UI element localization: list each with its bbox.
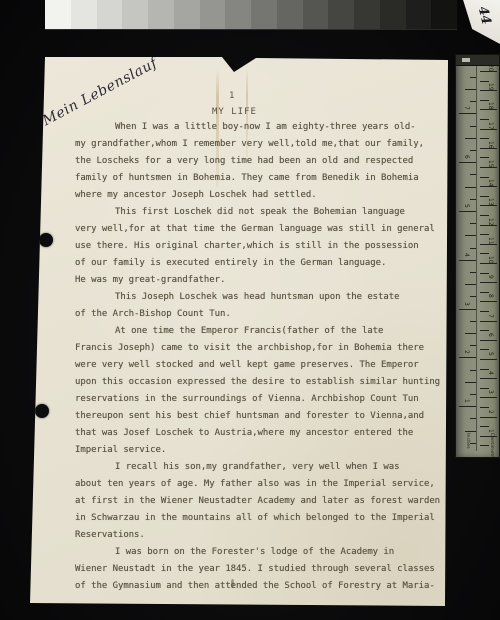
text-line: were very well stocked and well kept gam…: [75, 357, 453, 374]
ruler-tick-half-cm: [480, 157, 489, 158]
paper: Mein Lebenslauf 1 MY LIFE When I was a l…: [30, 57, 448, 606]
text-line: I recall his son,my grandfather, very we…: [75, 459, 453, 476]
calibration-step: [97, 0, 123, 29]
corner-tag-number: 44: [475, 5, 494, 26]
calibration-step: [148, 0, 174, 29]
ruler-number-cm: 14: [487, 179, 493, 187]
ruler-tick-fraction: [470, 77, 476, 78]
ruler-tick-half-cm: [480, 330, 489, 331]
text-line: use there. His original charter,which is…: [75, 238, 453, 255]
text-line: where my ancestor Joseph Loschek had set…: [75, 187, 453, 204]
ruler-tick-half-cm: [480, 234, 489, 235]
text-line: of our family is executed entirely in th…: [75, 255, 453, 272]
ruler-tick-fraction: [465, 333, 476, 334]
scanned-page-background: 44 2019181716151413121110987654321765432…: [0, 0, 500, 620]
ruler-tick-half-cm: [480, 445, 489, 446]
calibration-step: [328, 0, 354, 29]
text-line: at first in the Wiener Neustadter Academ…: [75, 493, 453, 510]
ruler-tick-fraction: [470, 370, 476, 371]
ruler-tick-half-cm: [480, 138, 489, 139]
punch-hole: [39, 233, 53, 247]
grayscale-calibration-strip: [45, 0, 457, 30]
text-line: This first Loschek did not speak the Boh…: [75, 204, 453, 221]
ruler-tick-fraction: [470, 223, 476, 224]
ruler-tick-half-cm: [480, 388, 489, 389]
calibration-step: [251, 0, 277, 29]
ruler-tick-half-cm: [480, 369, 489, 370]
text-line: that was Josef Loschek to Austria,where …: [75, 425, 453, 442]
ruler-tick-fraction: [465, 89, 476, 90]
text-line: my grandfather,whom I remember very well…: [75, 136, 453, 153]
ruler-tick-inch: [459, 260, 476, 261]
ruler-tick-inch: [459, 211, 476, 212]
ruler-tick-fraction: [470, 394, 476, 395]
ruler-number-inch: 6: [463, 155, 469, 159]
calibration-step: [122, 0, 148, 29]
ruler-tick-half-cm: [480, 426, 489, 427]
text-line: about ten years of age. My father also w…: [75, 476, 453, 493]
calibration-step: [354, 0, 380, 29]
calibration-step: [380, 0, 406, 29]
ruler-tick-fraction: [465, 431, 476, 432]
ruler-tick-inch: [459, 406, 476, 407]
ruler-number-cm: 13: [487, 198, 493, 206]
text-line: Imperial service.: [75, 442, 453, 459]
ruler-tick-inch: [459, 162, 476, 163]
ruler-spine-line: [476, 65, 477, 451]
ruler-tick-fraction: [465, 284, 476, 285]
ruler-tick-fraction: [470, 272, 476, 273]
calibration-step: [45, 0, 71, 29]
ruler-tick-cm: [480, 378, 497, 379]
ruler-tick-inch: [459, 309, 476, 310]
ruler-number-inch: 1: [463, 399, 469, 403]
text-line: the Loscheks for a very long time had be…: [75, 153, 453, 170]
text-line: of the Arch-Bishop Count Tun.: [75, 306, 453, 323]
ruler-tick-half-cm: [480, 177, 489, 178]
ruler-tick-cm: [480, 301, 497, 302]
ruler-tick-fraction: [465, 235, 476, 236]
text-line: Wiener Neustadt in the year 1845. I stud…: [75, 561, 453, 578]
ruler-number-cm: 9: [487, 275, 493, 279]
document-body: When I was a little boy-now I am eighty-…: [75, 119, 453, 595]
calibration-step: [277, 0, 303, 29]
text-line: He was my great-grandfather.: [75, 272, 453, 289]
document-title: MY LIFE: [212, 107, 257, 117]
ruler-tick-half-cm: [480, 349, 489, 350]
calibration-step: [406, 0, 432, 29]
ruler-number-cm: 8: [487, 294, 493, 298]
ruler-tick-fraction: [470, 321, 476, 322]
text-line: I was born on the Forester's lodge of th…: [75, 544, 453, 561]
ruler-tick-cm: [480, 321, 497, 322]
ruler-tick-fraction: [470, 174, 476, 175]
text-line: At one time the Emperor Francis(father o…: [75, 323, 453, 340]
ruler-number-inch: 2: [463, 350, 469, 354]
ruler-tick-half-cm: [480, 100, 489, 101]
ruler-tick-fraction: [465, 187, 476, 188]
text-line: very well,for at that time the German la…: [75, 221, 453, 238]
ruler-label-centimetres: Centimetres: [489, 433, 494, 458]
page-number: 1: [229, 91, 234, 101]
ruler-tick-half-cm: [480, 215, 489, 216]
ruler-number-cm: 6: [487, 333, 493, 337]
ruler-number-cm: 19: [487, 83, 493, 91]
ruler-number-inch: 4: [463, 253, 469, 257]
ruler-tick-half-cm: [480, 273, 489, 274]
calibration-step: [174, 0, 200, 29]
text-line: Francis Joseph) came to visit the archbi…: [75, 340, 453, 357]
ruler-tick-half-cm: [480, 119, 489, 120]
ruler-tick-fraction: [470, 296, 476, 297]
ruler-tick-cm: [480, 282, 497, 283]
text-line: When I was a little boy-now I am eighty-…: [75, 119, 453, 136]
ruler-tick-fraction: [470, 418, 476, 419]
calibration-step: [71, 0, 97, 29]
ruler-label-inches: Inches: [465, 433, 470, 449]
ruler-number-cm: 11: [487, 237, 493, 245]
ruler-tick-cm: [480, 397, 497, 398]
ruler-number-cm: 20: [487, 64, 493, 72]
text-line: thereupon sent his best chief huntsman a…: [75, 408, 453, 425]
ruler-tick-fraction: [470, 150, 476, 151]
text-line: This Joseph Loschek was head huntsman up…: [75, 289, 453, 306]
text-line: in Schwarzau in the mountains all of whi…: [75, 510, 453, 527]
ruler-tick-half-cm: [480, 292, 489, 293]
calibration-step: [303, 0, 329, 29]
ruler-number-cm: 15: [487, 160, 493, 168]
text-line: family of huntsmen in Bohemia. They came…: [75, 170, 453, 187]
ruler-tick-fraction: [470, 199, 476, 200]
ruler-tick-fraction: [465, 382, 476, 383]
calibration-step: [200, 0, 226, 29]
ruler-tick-half-cm: [480, 253, 489, 254]
ruler-number-cm: 7: [487, 314, 493, 318]
ruler-tick-fraction: [470, 101, 476, 102]
ruler-tick-fraction: [470, 248, 476, 249]
ruler-tick-cm: [480, 359, 497, 360]
calibration-step: [225, 0, 251, 29]
ruler-tick-fraction: [470, 345, 476, 346]
punch-hole: [35, 404, 49, 418]
ruler-tick-half-cm: [480, 196, 489, 197]
ruler-tick-cm: [480, 340, 497, 341]
ruler-number-cm: 10: [487, 256, 493, 264]
ruler-number-cm: 16: [487, 141, 493, 149]
ruler-number-inch: 5: [463, 204, 469, 208]
calibration-step: [431, 0, 457, 29]
ruler-number-cm: 18: [487, 102, 493, 110]
text-line: upon this occasion expressed the desire …: [75, 374, 453, 391]
ruler-tick-fraction: [470, 443, 476, 444]
ruler-tick-half-cm: [480, 407, 489, 408]
corner-tag-scrap: 44: [459, 0, 500, 44]
ruler-tick-fraction: [465, 138, 476, 139]
ruler-tick-half-cm: [480, 311, 489, 312]
ruler-number-cm: 2: [487, 410, 493, 414]
ruler-tick-fraction: [470, 126, 476, 127]
ruler-tick-inch: [459, 113, 476, 114]
text-line: of the Gymnasium and then attended the S…: [75, 578, 453, 595]
ruler-number-cm: 4: [487, 371, 493, 375]
ruler-number-cm: 5: [487, 352, 493, 356]
ruler-cap-slot: [462, 58, 470, 62]
ruler-number-cm: 12: [487, 218, 493, 226]
ruler-tick-inch: [459, 357, 476, 358]
ruler-number-inch: 7: [463, 106, 469, 110]
text-line: Reservations.: [75, 527, 453, 544]
ruler-tick-half-cm: [480, 81, 489, 82]
ruler-number-cm: 17: [487, 122, 493, 130]
text-line: reservations in the surroundings of Vien…: [75, 391, 453, 408]
ruler-number-cm: 3: [487, 390, 493, 394]
ruler-number-inch: 3: [463, 302, 469, 306]
ruler-tick-cm: [480, 417, 497, 418]
ruler: 20191817161514131211109876543217654321In…: [455, 54, 500, 458]
